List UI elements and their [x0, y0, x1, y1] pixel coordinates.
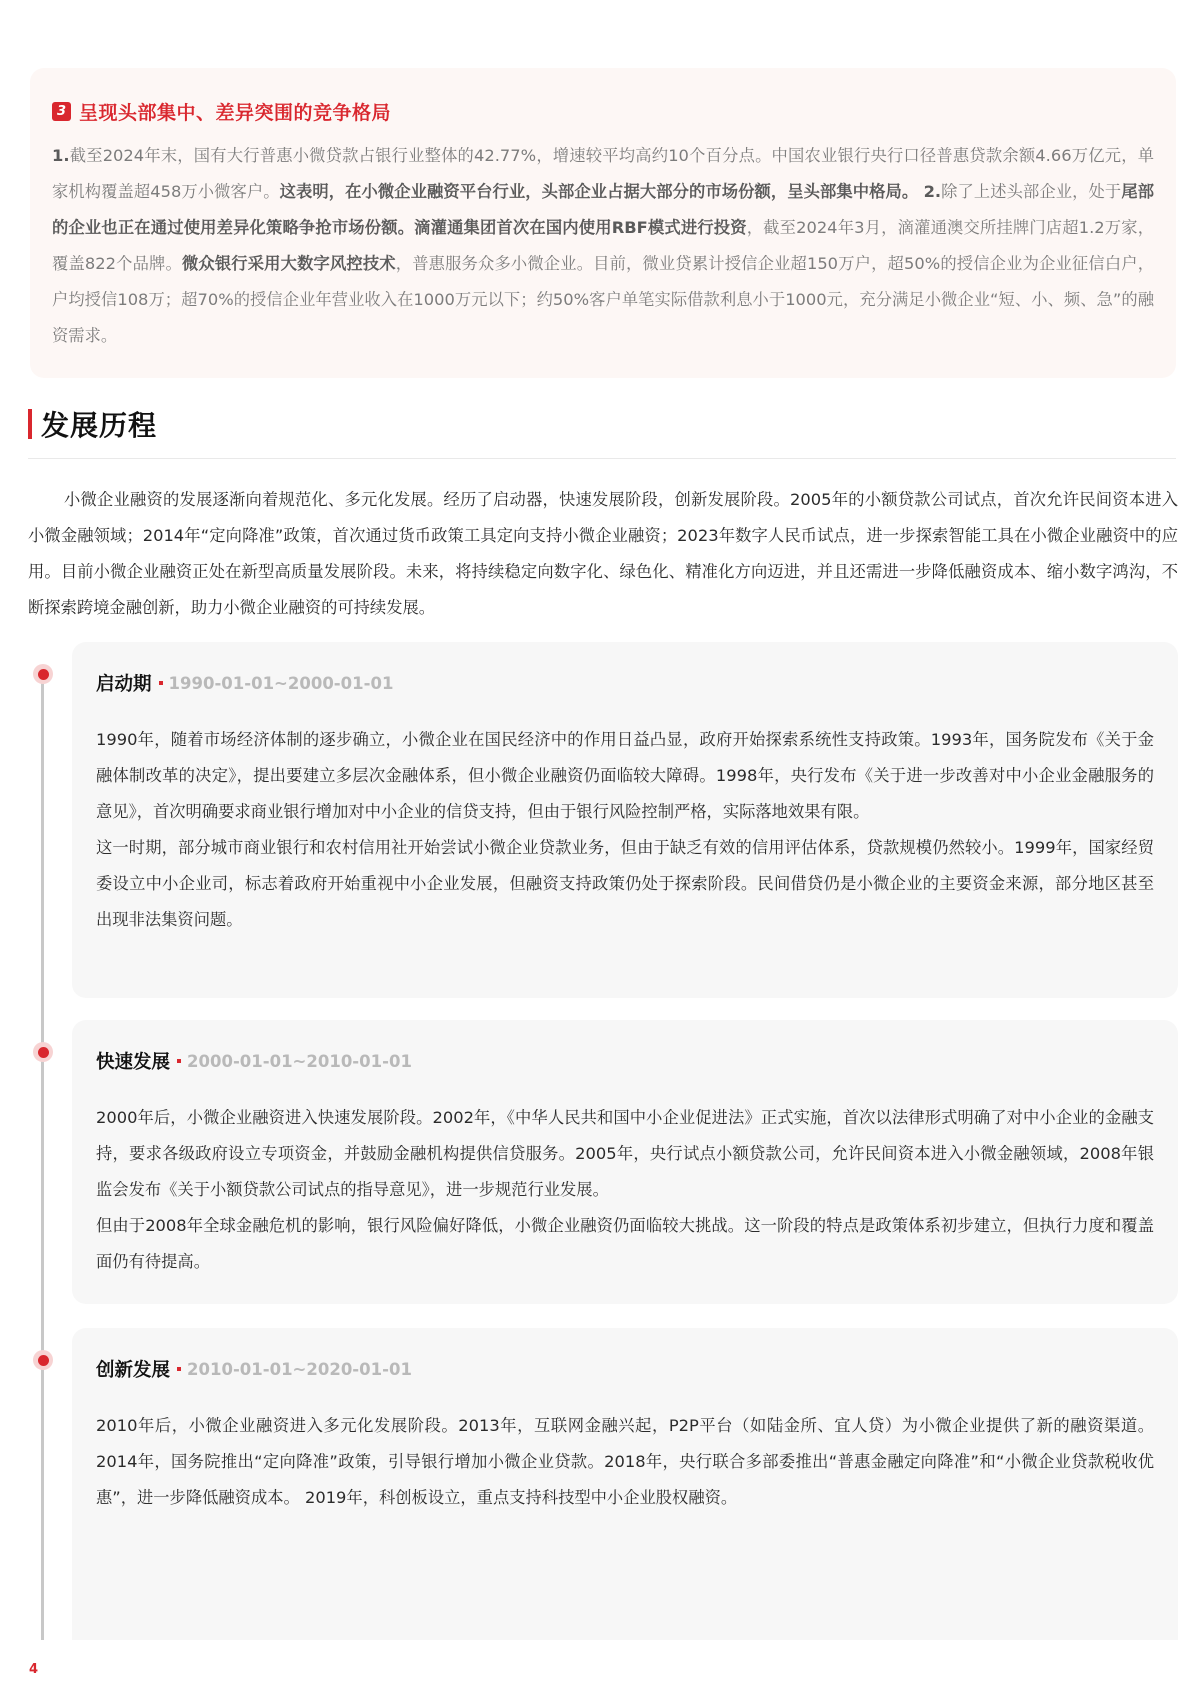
dot-separator-icon [159, 681, 163, 685]
section-title: 发展历程 [41, 404, 157, 444]
stage-paragraph: 1990年，随着市场经济体制的逐步确立，小微企业在国民经济中的作用日益凸显，政府… [96, 722, 1154, 830]
heading-accent-bar [28, 409, 32, 439]
stage-description: 1990年，随着市场经济体制的逐步确立，小微企业在国民经济中的作用日益凸显，政府… [96, 722, 1154, 938]
stage-paragraph: 2010年后，小微企业融资进入多元化发展阶段。2013年，互联网金融兴起，P2P… [96, 1408, 1154, 1516]
emphasis-text: 2. [924, 182, 942, 201]
timeline-dot-icon [33, 1350, 53, 1370]
stage-paragraph: 但由于2008年全球金融危机的影响，银行风险偏好降低，小微企业融资仍面临较大挑战… [96, 1208, 1154, 1280]
timeline-line [41, 676, 44, 1640]
timeline-card-header: 启动期 1990-01-01~2000-01-01 [96, 668, 1154, 698]
stage-date-range: 1990-01-01~2000-01-01 [169, 674, 394, 693]
dot-separator-icon [177, 1059, 181, 1063]
timeline-card-header: 创新发展 2010-01-01~2020-01-01 [96, 1354, 1154, 1384]
timeline-card-header: 快速发展 2000-01-01~2010-01-01 [96, 1046, 1154, 1076]
stage-date-range: 2010-01-01~2020-01-01 [187, 1360, 412, 1379]
page-number: 4 [29, 1662, 38, 1677]
emphasis-text: 微众银行采用大数字风控技术 [182, 254, 396, 273]
section-intro: 小微企业融资的发展逐渐向着规范化、多元化发展。经历了启动器，快速发展阶段，创新发… [28, 482, 1178, 626]
stage-paragraph: 这一时期，部分城市商业银行和农村信用社开始尝试小微企业贷款业务，但由于缺乏有效的… [96, 830, 1154, 938]
stage-name: 创新发展 [96, 1356, 170, 1382]
highlight-body: 1.截至2024年末，国有大行普惠小微贷款占银行业整体的42.77%，增速较平均… [52, 138, 1154, 354]
stage-description: 2010年后，小微企业融资进入多元化发展阶段。2013年，互联网金融兴起，P2P… [96, 1408, 1154, 1516]
section-heading: 发展历程 [28, 404, 157, 444]
stage-name: 快速发展 [96, 1048, 170, 1074]
highlight-title-text: 呈现头部集中、差异突围的竞争格局 [79, 98, 391, 125]
timeline-card-innovation: 创新发展 2010-01-01~2020-01-01 2010年后，小微企业融资… [72, 1328, 1178, 1640]
number-badge-icon: 3 [52, 102, 71, 121]
dot-separator-icon [177, 1367, 181, 1371]
timeline-dot-icon [33, 1042, 53, 1062]
highlight-title: 3 呈现头部集中、差异突围的竞争格局 [52, 96, 1154, 126]
timeline-card-startup: 启动期 1990-01-01~2000-01-01 1990年，随着市场经济体制… [72, 642, 1178, 998]
stage-name: 启动期 [96, 670, 152, 696]
emphasis-text: 这表明，在小微企业融资平台行业，头部企业占据大部分的市场份额，呈头部集中格局。 [280, 182, 919, 201]
stage-paragraph: 2000年后，小微企业融资进入快速发展阶段。2002年，《中华人民共和国中小企业… [96, 1100, 1154, 1208]
stage-description: 2000年后，小微企业融资进入快速发展阶段。2002年，《中华人民共和国中小企业… [96, 1100, 1154, 1280]
emphasis-text: 1. [52, 146, 70, 165]
body-text: 除了上述头部企业，处于 [941, 182, 1121, 201]
section-divider [28, 458, 1176, 459]
stage-date-range: 2000-01-01~2010-01-01 [187, 1052, 412, 1071]
highlight-card: 3 呈现头部集中、差异突围的竞争格局 1.截至2024年末，国有大行普惠小微贷款… [30, 68, 1176, 378]
timeline-card-rapid-growth: 快速发展 2000-01-01~2010-01-01 2000年后，小微企业融资… [72, 1020, 1178, 1304]
timeline-dot-icon [33, 664, 53, 684]
